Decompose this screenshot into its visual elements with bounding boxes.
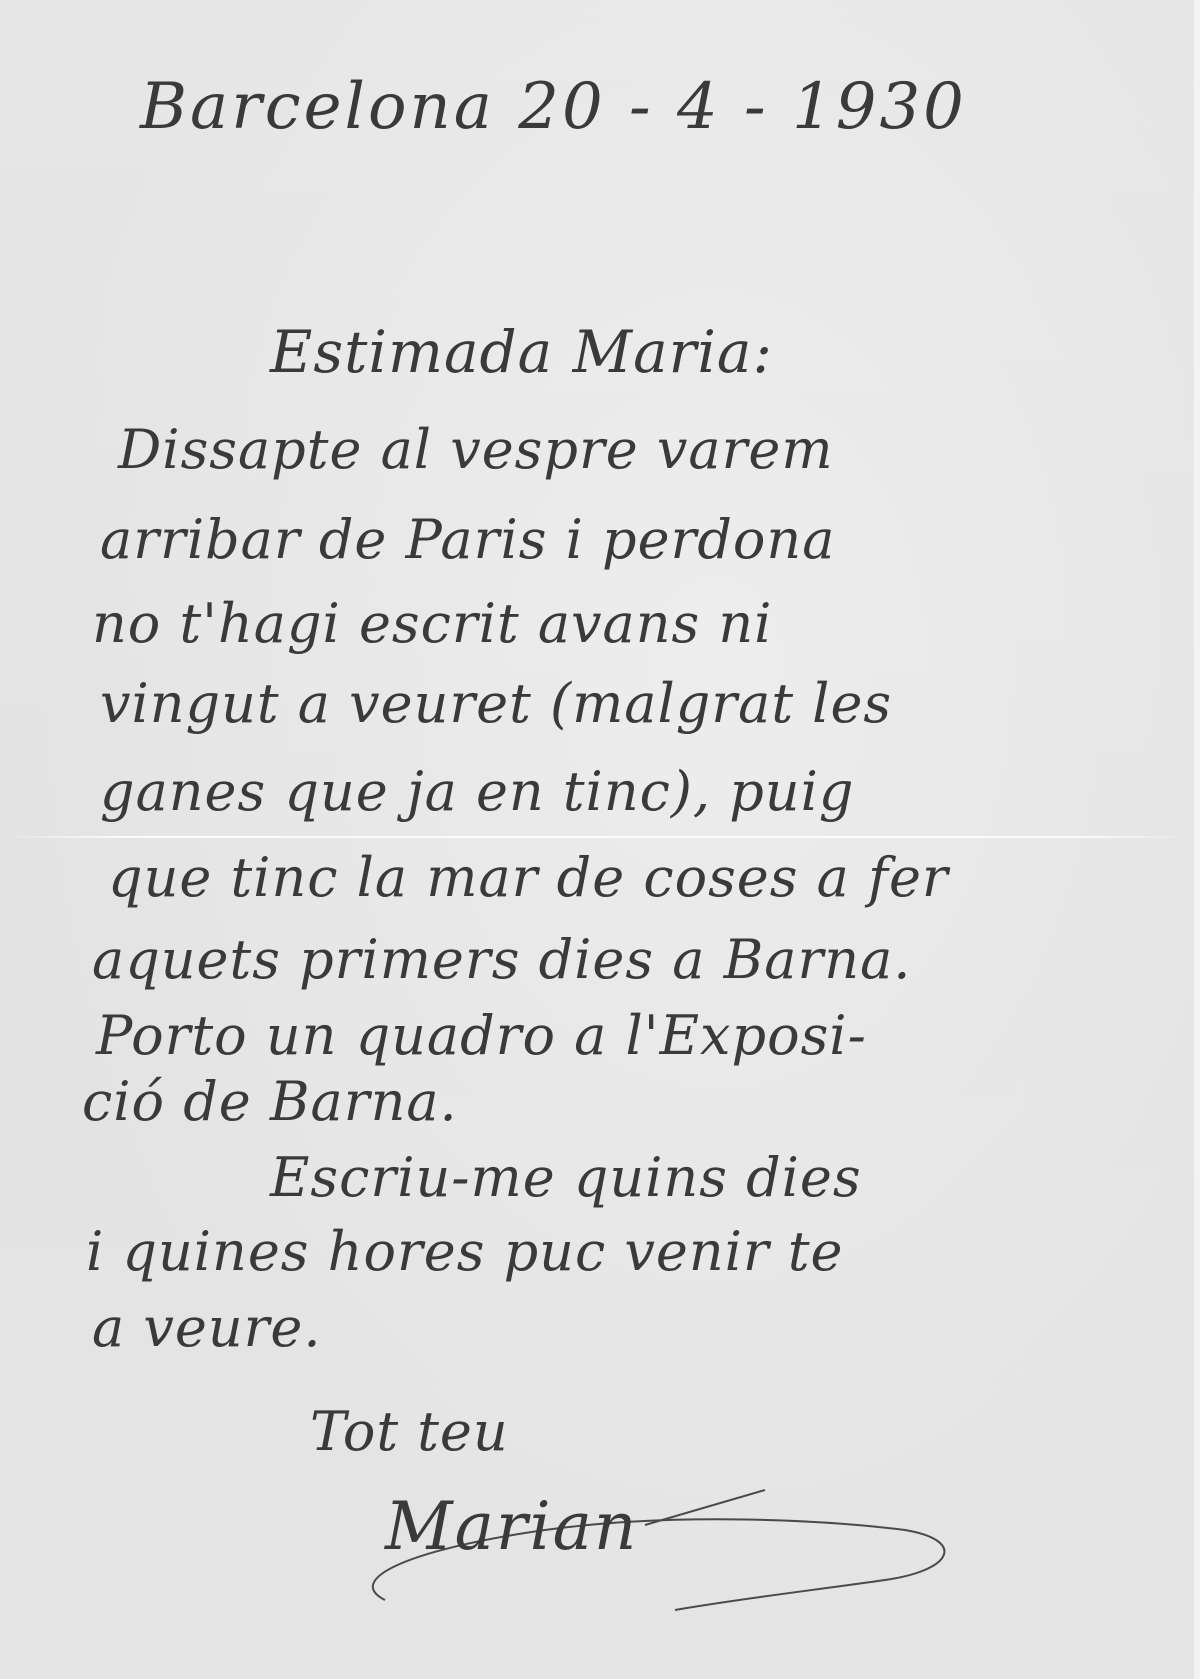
body-line: i quines hores puc venir te	[86, 1220, 844, 1283]
body-line: ganes que ja en tinc), puig	[100, 760, 854, 823]
body-line: que tinc la mar de coses a fer	[108, 846, 949, 909]
body-line: no t'hagi escrit avans ni	[92, 592, 772, 655]
body-line: Escriu-me quins dies	[270, 1146, 862, 1209]
closing: Tot teu	[310, 1400, 509, 1463]
paper-fold-line	[0, 836, 1194, 838]
place-date-header: Barcelona 20 - 4 - 1930	[140, 70, 967, 144]
letter-sheet: Barcelona 20 - 4 - 1930 Estimada Maria: …	[0, 0, 1200, 1679]
signature-name: Marian	[385, 1488, 638, 1565]
body-line: ció de Barna.	[82, 1070, 458, 1133]
body-line: a veure.	[92, 1296, 322, 1359]
signature: Marian	[345, 1470, 965, 1630]
body-line: Dissapte al vespre varem	[118, 418, 834, 481]
body-line: vingut a veuret (malgrat les	[100, 672, 892, 735]
body-line: aquets primers dies a Barna.	[92, 928, 911, 991]
body-line: Porto un quadro a l'Exposi-	[96, 1004, 867, 1067]
salutation: Estimada Maria:	[270, 318, 773, 386]
body-line: arribar de Paris i perdona	[100, 508, 835, 571]
